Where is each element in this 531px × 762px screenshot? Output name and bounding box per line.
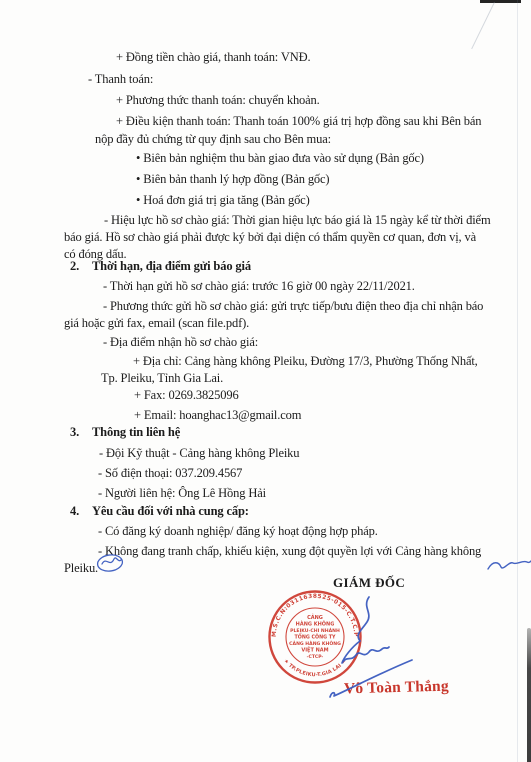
- signature-flourish: [330, 660, 412, 697]
- handwritten-mark: [488, 561, 531, 569]
- handwritten-initial: [97, 553, 124, 572]
- document-page: + Đồng tiền chào giá, thanh toán: VNĐ. -…: [0, 0, 531, 762]
- handwritten-ink-layer: [0, 0, 531, 762]
- signature-stroke: [342, 597, 389, 663]
